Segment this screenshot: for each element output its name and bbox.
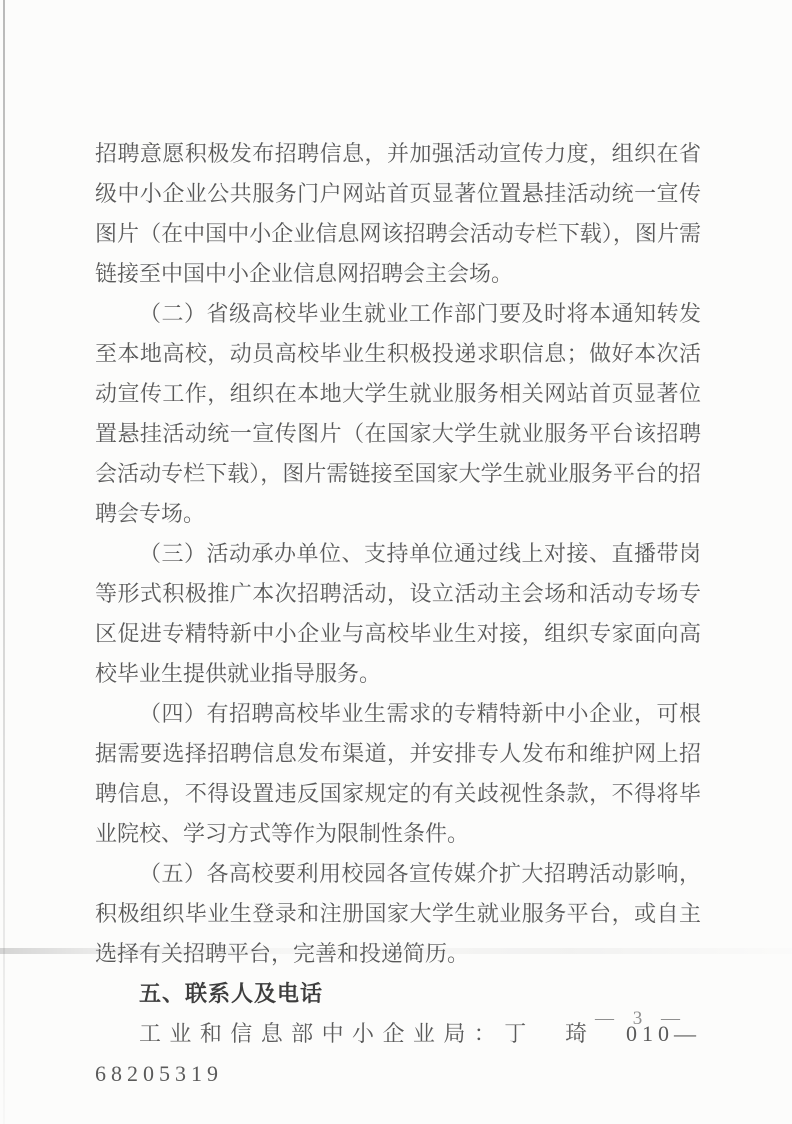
document-body: 招聘意愿积极发布招聘信息，并加强活动宣传力度，组织在省级中小企业公共服务门户网站… (95, 134, 701, 1094)
paragraph-item-5: （五）各高校要利用校园各宣传媒介扩大招聘活动影响，积极组织毕业生登录和注册国家大… (95, 854, 701, 974)
paragraph-item-4: （四）有招聘高校毕业生需求的专精特新中小企业，可根据需要选择招聘信息发布渠道，并… (95, 694, 701, 854)
paragraph-continuation: 招聘意愿积极发布招聘信息，并加强活动宣传力度，组织在省级中小企业公共服务门户网站… (95, 134, 701, 294)
paragraph-item-2: （二）省级高校毕业生就业工作部门要及时将本通知转发至本地高校，动员高校毕业生积极… (95, 294, 701, 534)
scan-artifact-left-edge (3, 0, 5, 1124)
paragraph-item-3: （三）活动承办单位、支持单位通过线上对接、直播带岗等形式积极推广本次招聘活动，设… (95, 534, 701, 694)
document-page: 招聘意愿积极发布招聘信息，并加强活动宣传力度，组织在省级中小企业公共服务门户网站… (0, 0, 792, 1124)
page-number: — 3 — (586, 1006, 696, 1032)
